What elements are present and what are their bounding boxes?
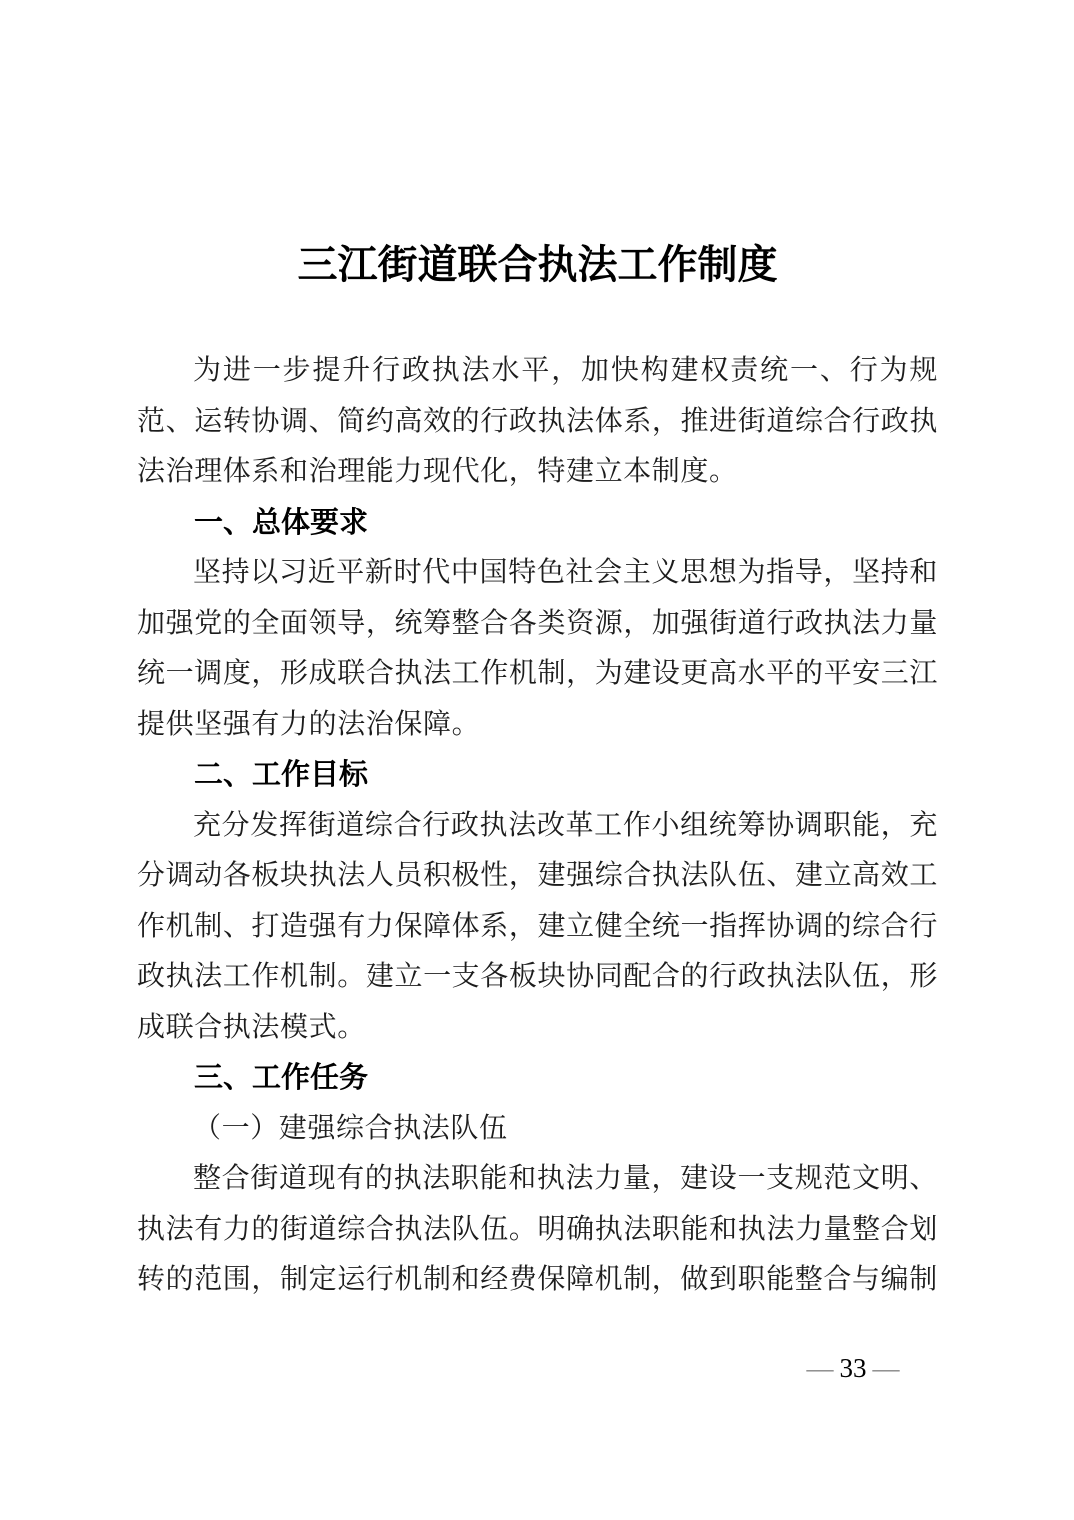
section-heading-2: 二、工作目标 [137, 750, 938, 801]
paragraph-task-1: 整合街道现有的执法职能和执法力量，建设一支规范文明、执法有力的街道综合执法队伍。… [137, 1154, 938, 1306]
subsection-heading-1: （一）建强综合执法队伍 [137, 1104, 938, 1155]
content-column: 三江街道联合执法工作制度 为进一步提升行政执法水平，加快构建权责统一、行为规范、… [137, 238, 938, 1306]
doc-title: 三江街道联合执法工作制度 [137, 238, 938, 292]
document-page: 三江街道联合执法工作制度 为进一步提升行政执法水平，加快构建权责统一、行为规范、… [0, 0, 1074, 1520]
footer-dash-left: — [801, 1353, 840, 1383]
paragraph-work-goals: 充分发挥街道综合行政执法改革工作小组统筹协调职能，充分调动各板块执法人员积极性，… [137, 801, 938, 1054]
paragraph-overall-requirements: 坚持以习近平新时代中国特色社会主义思想为指导，坚持和加强党的全面领导，统筹整合各… [137, 548, 938, 750]
section-heading-1: 一、总体要求 [137, 498, 938, 549]
paragraph-intro: 为进一步提升行政执法水平，加快构建权责统一、行为规范、运转协调、简约高效的行政执… [137, 346, 938, 498]
section-heading-3: 三、工作任务 [137, 1053, 938, 1104]
page-footer: —33— [792, 1350, 914, 1386]
footer-dash-right: — [867, 1353, 906, 1383]
page-number: 33 [840, 1353, 867, 1383]
